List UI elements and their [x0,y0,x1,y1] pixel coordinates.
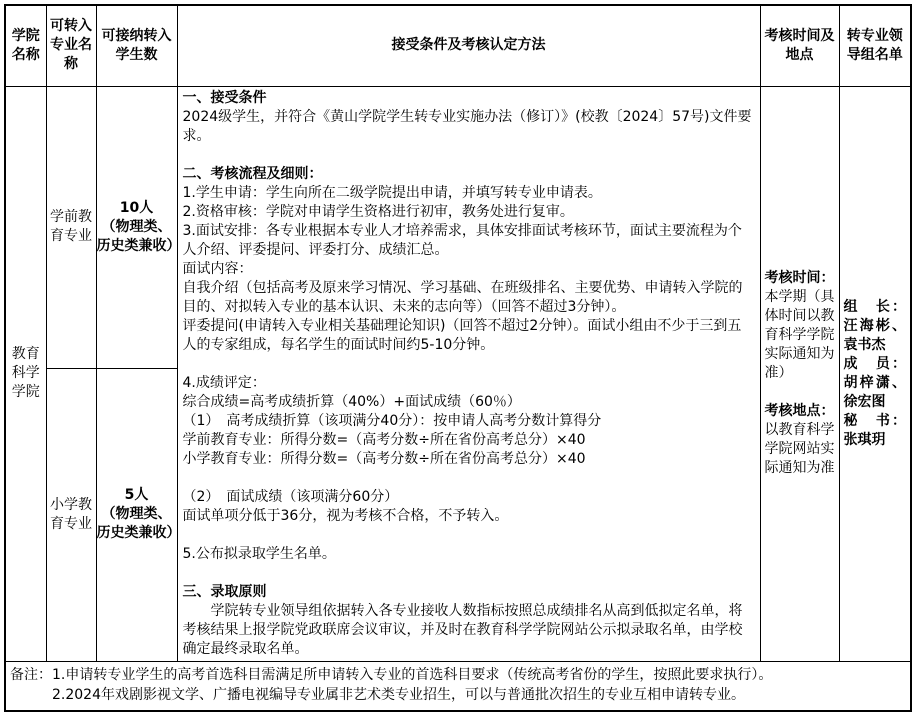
header-leader-group: 转专业领导组名单 [839,5,911,86]
notes-row: 备注： 1.申请转专业学生的高考首选科目需满足所申请转入专业的首选科目要求（传统… [5,661,911,711]
college-name: 教育科学学院 [6,345,46,402]
text-line [183,526,755,545]
text-line: 本学期（具体时间以教育科学学院实际通知为准） [765,288,835,383]
major-name: 学前教育专业 [47,208,96,246]
header-major-name: 可转入专业名称 [46,5,96,86]
text-line: 2.2024年戏剧影视文学、广播电视编导专业属非艺术类专业招生，可以与普通批次招… [52,686,772,706]
text-line: 小学教育专业：所得分数=（高考分数÷所在省份高考总分）×40 [183,450,755,469]
transfer-policy-table: 学院名称 可转入专业名称 可接纳转入学生数 接受条件及考核认定方法 考核时间及地… [4,4,912,712]
text-line: 秘 书：张琪玥 [844,412,907,450]
text-line: 以教育科学学院网站实际通知为准 [765,421,835,478]
major-cell-primary: 小学教育专业 [46,368,96,661]
text-line: 自我介绍（包括高考及原来学习情况、学习基础、在班级排名、主要优势、申请转入学院的… [183,279,755,317]
text-line: 三、录取原则 [183,583,755,602]
quota-value: 10人 [97,199,177,218]
text-line: 2024级学生，并符合《黄山学院学生转专业实施办法（修订）》(校教〔2024〕5… [183,108,755,146]
quota-note: （物理类、历史类兼收） [97,505,177,543]
leaders-text: 组 长：汪海彬、袁书杰成 员：胡梓潇、徐宏图秘 书：张琪玥 [844,298,907,450]
text-line [765,383,835,402]
text-line: 2.资格审核：学院对申请学生资格进行初审，教务处进行复审。 [183,203,755,222]
college-name-cell: 教育科学学院 [5,86,46,661]
text-line: 考核地点： [765,402,835,421]
text-line: 3.面试安排：各专业根据本专业人才培养需求，具体安排面试考核环节，面试主要流程为… [183,222,755,260]
text-line: 二、考核流程及细则： [183,165,755,184]
text-line: 1.学生申请：学生向所在二级学院提出申请，并填写转专业申请表。 [183,184,755,203]
leader-group-cell: 组 长：汪海彬、袁书杰成 员：胡梓潇、徐宏图秘 书：张琪玥 [839,86,911,661]
notes-items: 1.申请转专业学生的高考首选科目需满足所申请转入专业的首选科目要求（传统高考省份… [52,666,772,706]
quota-value: 5人 [97,486,177,505]
quota-cell-primary: 5人 （物理类、历史类兼收） [96,368,177,661]
header-row: 学院名称 可转入专业名称 可接纳转入学生数 接受条件及考核认定方法 考核时间及地… [5,5,911,86]
notes-label: 备注： [10,666,52,685]
text-line [183,564,755,583]
table-row: 教育科学学院 学前教育专业 10人 （物理类、历史类兼收） 一、接受条件2024… [5,86,911,368]
text-line: 评委提问(申请转入专业相关基础理论知识)（回答不超过2分钟）。面试小组由不少于三… [183,317,755,355]
text-line: 学院转专业领导组依据转入各专业接收人数指标按照总成绩排名从高到低拟定名单，将考核… [183,602,755,659]
assessment-text: 考核时间：本学期（具体时间以教育科学学院实际通知为准） 考核地点：以教育科学学院… [765,269,835,478]
text-line: 4.成绩评定： [183,374,755,393]
text-line: 面试内容： [183,260,755,279]
text-line: 考核时间： [765,269,835,288]
assessment-time-place-cell: 考核时间：本学期（具体时间以教育科学学院实际通知为准） 考核地点：以教育科学学院… [760,86,839,661]
major-cell-preschool: 学前教育专业 [46,86,96,368]
notes-cell: 备注： 1.申请转专业学生的高考首选科目需满足所申请转入专业的首选科目要求（传统… [5,661,911,711]
text-line: 成 员：胡梓潇、徐宏图 [844,355,907,412]
text-line: 面试单项分低于36分，视为考核不合格，不予转入。 [183,507,755,526]
conditions-text: 一、接受条件2024级学生，并符合《黄山学院学生转专业实施办法（修订）》(校教〔… [183,89,755,659]
quota-cell-preschool: 10人 （物理类、历史类兼收） [96,86,177,368]
header-college-name: 学院名称 [5,5,46,86]
text-line [183,469,755,488]
major-name: 小学教育专业 [47,496,96,534]
text-line: 组 长：汪海彬、袁书杰 [844,298,907,355]
conditions-cell: 一、接受条件2024级学生，并符合《黄山学院学生转专业实施办法（修订）》(校教〔… [177,86,760,661]
text-line [183,355,755,374]
text-line: 一、接受条件 [183,89,755,108]
header-quota: 可接纳转入学生数 [96,5,177,86]
text-line: （2） 面试成绩（该项满分60分） [183,488,755,507]
quota-note: （物理类、历史类兼收） [97,218,177,256]
text-line [183,146,755,165]
header-assessment-time-place: 考核时间及地点 [760,5,839,86]
header-conditions: 接受条件及考核认定方法 [177,5,760,86]
text-line: （1） 高考成绩折算（该项满分40分）：按申请人高考分数计算得分 [183,412,755,431]
text-line: 1.申请转专业学生的高考首选科目需满足所申请转入专业的首选科目要求（传统高考省份… [52,666,772,686]
text-line: 学前教育专业：所得分数=（高考分数÷所在省份高考总分）×40 [183,431,755,450]
text-line: 综合成绩=高考成绩折算（40%）+面试成绩（60％） [183,393,755,412]
text-line: 5.公布拟录取学生名单。 [183,545,755,564]
